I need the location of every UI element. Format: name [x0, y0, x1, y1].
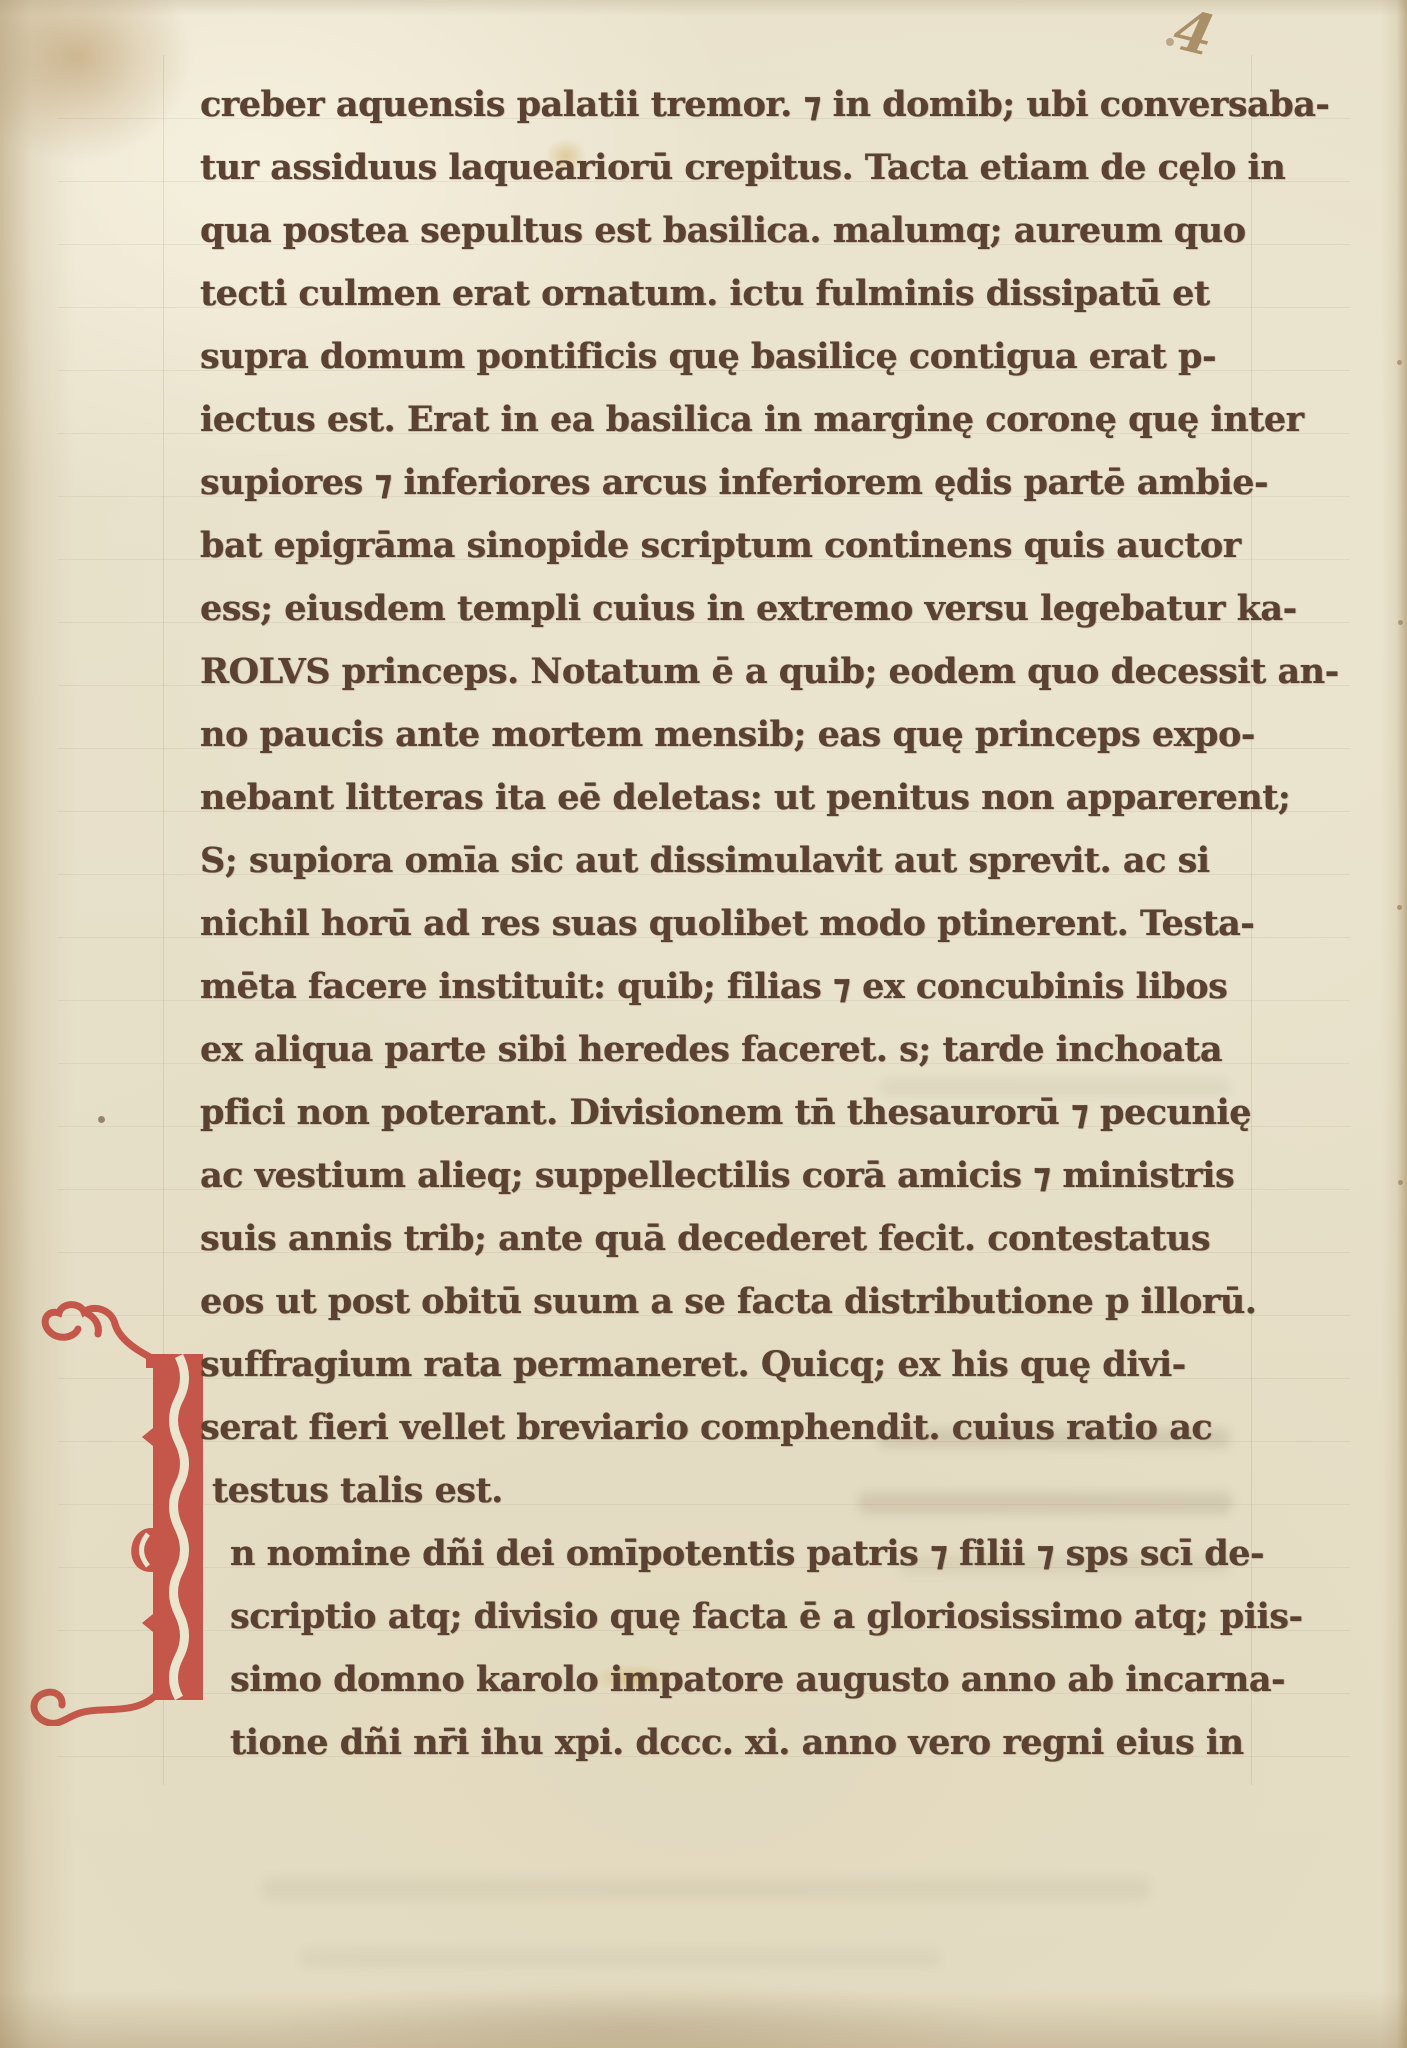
manuscript-line: bat epigrāma sinopide scriptum continens… — [200, 514, 1260, 577]
manuscript-line: simo domno karolo impatore augusto anno … — [200, 1648, 1260, 1711]
manuscript-line: nichil horū ad res suas quolibet modo pt… — [200, 892, 1260, 955]
manuscript-page: 4 creber aquensis palatii tremor. ⁊ in d… — [0, 0, 1407, 2048]
manuscript-line: n nomine dñi dei omīpotentis patris ⁊ fi… — [200, 1522, 1260, 1585]
manuscript-line: suffragium rata permaneret. Quicq; ex hi… — [200, 1333, 1260, 1396]
manuscript-line: qua postea sepultus est basilica. malumq… — [200, 199, 1260, 262]
ink-spot — [98, 1116, 105, 1123]
page-edge — [1397, 0, 1407, 2048]
manuscript-line: scriptio atq; divisio quę facta ē a glor… — [200, 1585, 1260, 1648]
manuscript-line: ex aliqua parte sibi heredes faceret. s;… — [200, 1018, 1260, 1081]
manuscript-line: iectus est. Erat in ea basilica in margi… — [200, 388, 1260, 451]
manuscript-line: S; supiora omīa sic aut dissimulavit aut… — [200, 829, 1260, 892]
decorated-initial-i — [18, 1296, 218, 1726]
manuscript-line: mēta facere instituit: quib; filias ⁊ ex… — [200, 955, 1260, 1018]
manuscript-line: eos ut post obitū suum a se facta distri… — [200, 1270, 1260, 1333]
text-block: creber aquensis palatii tremor. ⁊ in dom… — [200, 73, 1260, 1774]
folio-mark-dot — [1166, 38, 1174, 46]
manuscript-line: pfici non poterant. Divisionem tn̄ thesa… — [200, 1081, 1260, 1144]
manuscript-line: creber aquensis palatii tremor. ⁊ in dom… — [200, 73, 1260, 136]
manuscript-line: ROLVS princeps. Notatum ē a quib; eodem … — [200, 640, 1260, 703]
manuscript-line: tecti culmen erat ornatum. ictu fulminis… — [200, 262, 1260, 325]
manuscript-line: testus talis est. — [200, 1459, 1260, 1522]
manuscript-line: ac vestium alieq; suppellectilis corā am… — [200, 1144, 1260, 1207]
manuscript-line: tione dñi nr̄i ihu xpi. dccc. xi. anno v… — [200, 1711, 1260, 1774]
manuscript-line: serat fieri vellet breviario comphendit.… — [200, 1396, 1260, 1459]
folio-mark: 4 — [1161, 0, 1226, 68]
manuscript-line: ess; eiusdem templi cuius in extremo ver… — [200, 577, 1260, 640]
manuscript-line: nebant litteras ita eē deletas: ut penit… — [200, 766, 1260, 829]
bleedthrough-shadow — [300, 1948, 940, 1968]
bleedthrough-shadow — [262, 1878, 1150, 1900]
manuscript-line: supiores ⁊ inferiores arcus inferiorem ę… — [200, 451, 1260, 514]
manuscript-line: supra domum pontificis quę basilicę cont… — [200, 325, 1260, 388]
manuscript-line: tur assiduus laqueariorū crepitus. Tacta… — [200, 136, 1260, 199]
manuscript-line: no paucis ante mortem mensib; eas quę pr… — [200, 703, 1260, 766]
manuscript-line: suis annis trib; ante quā decederet feci… — [200, 1207, 1260, 1270]
